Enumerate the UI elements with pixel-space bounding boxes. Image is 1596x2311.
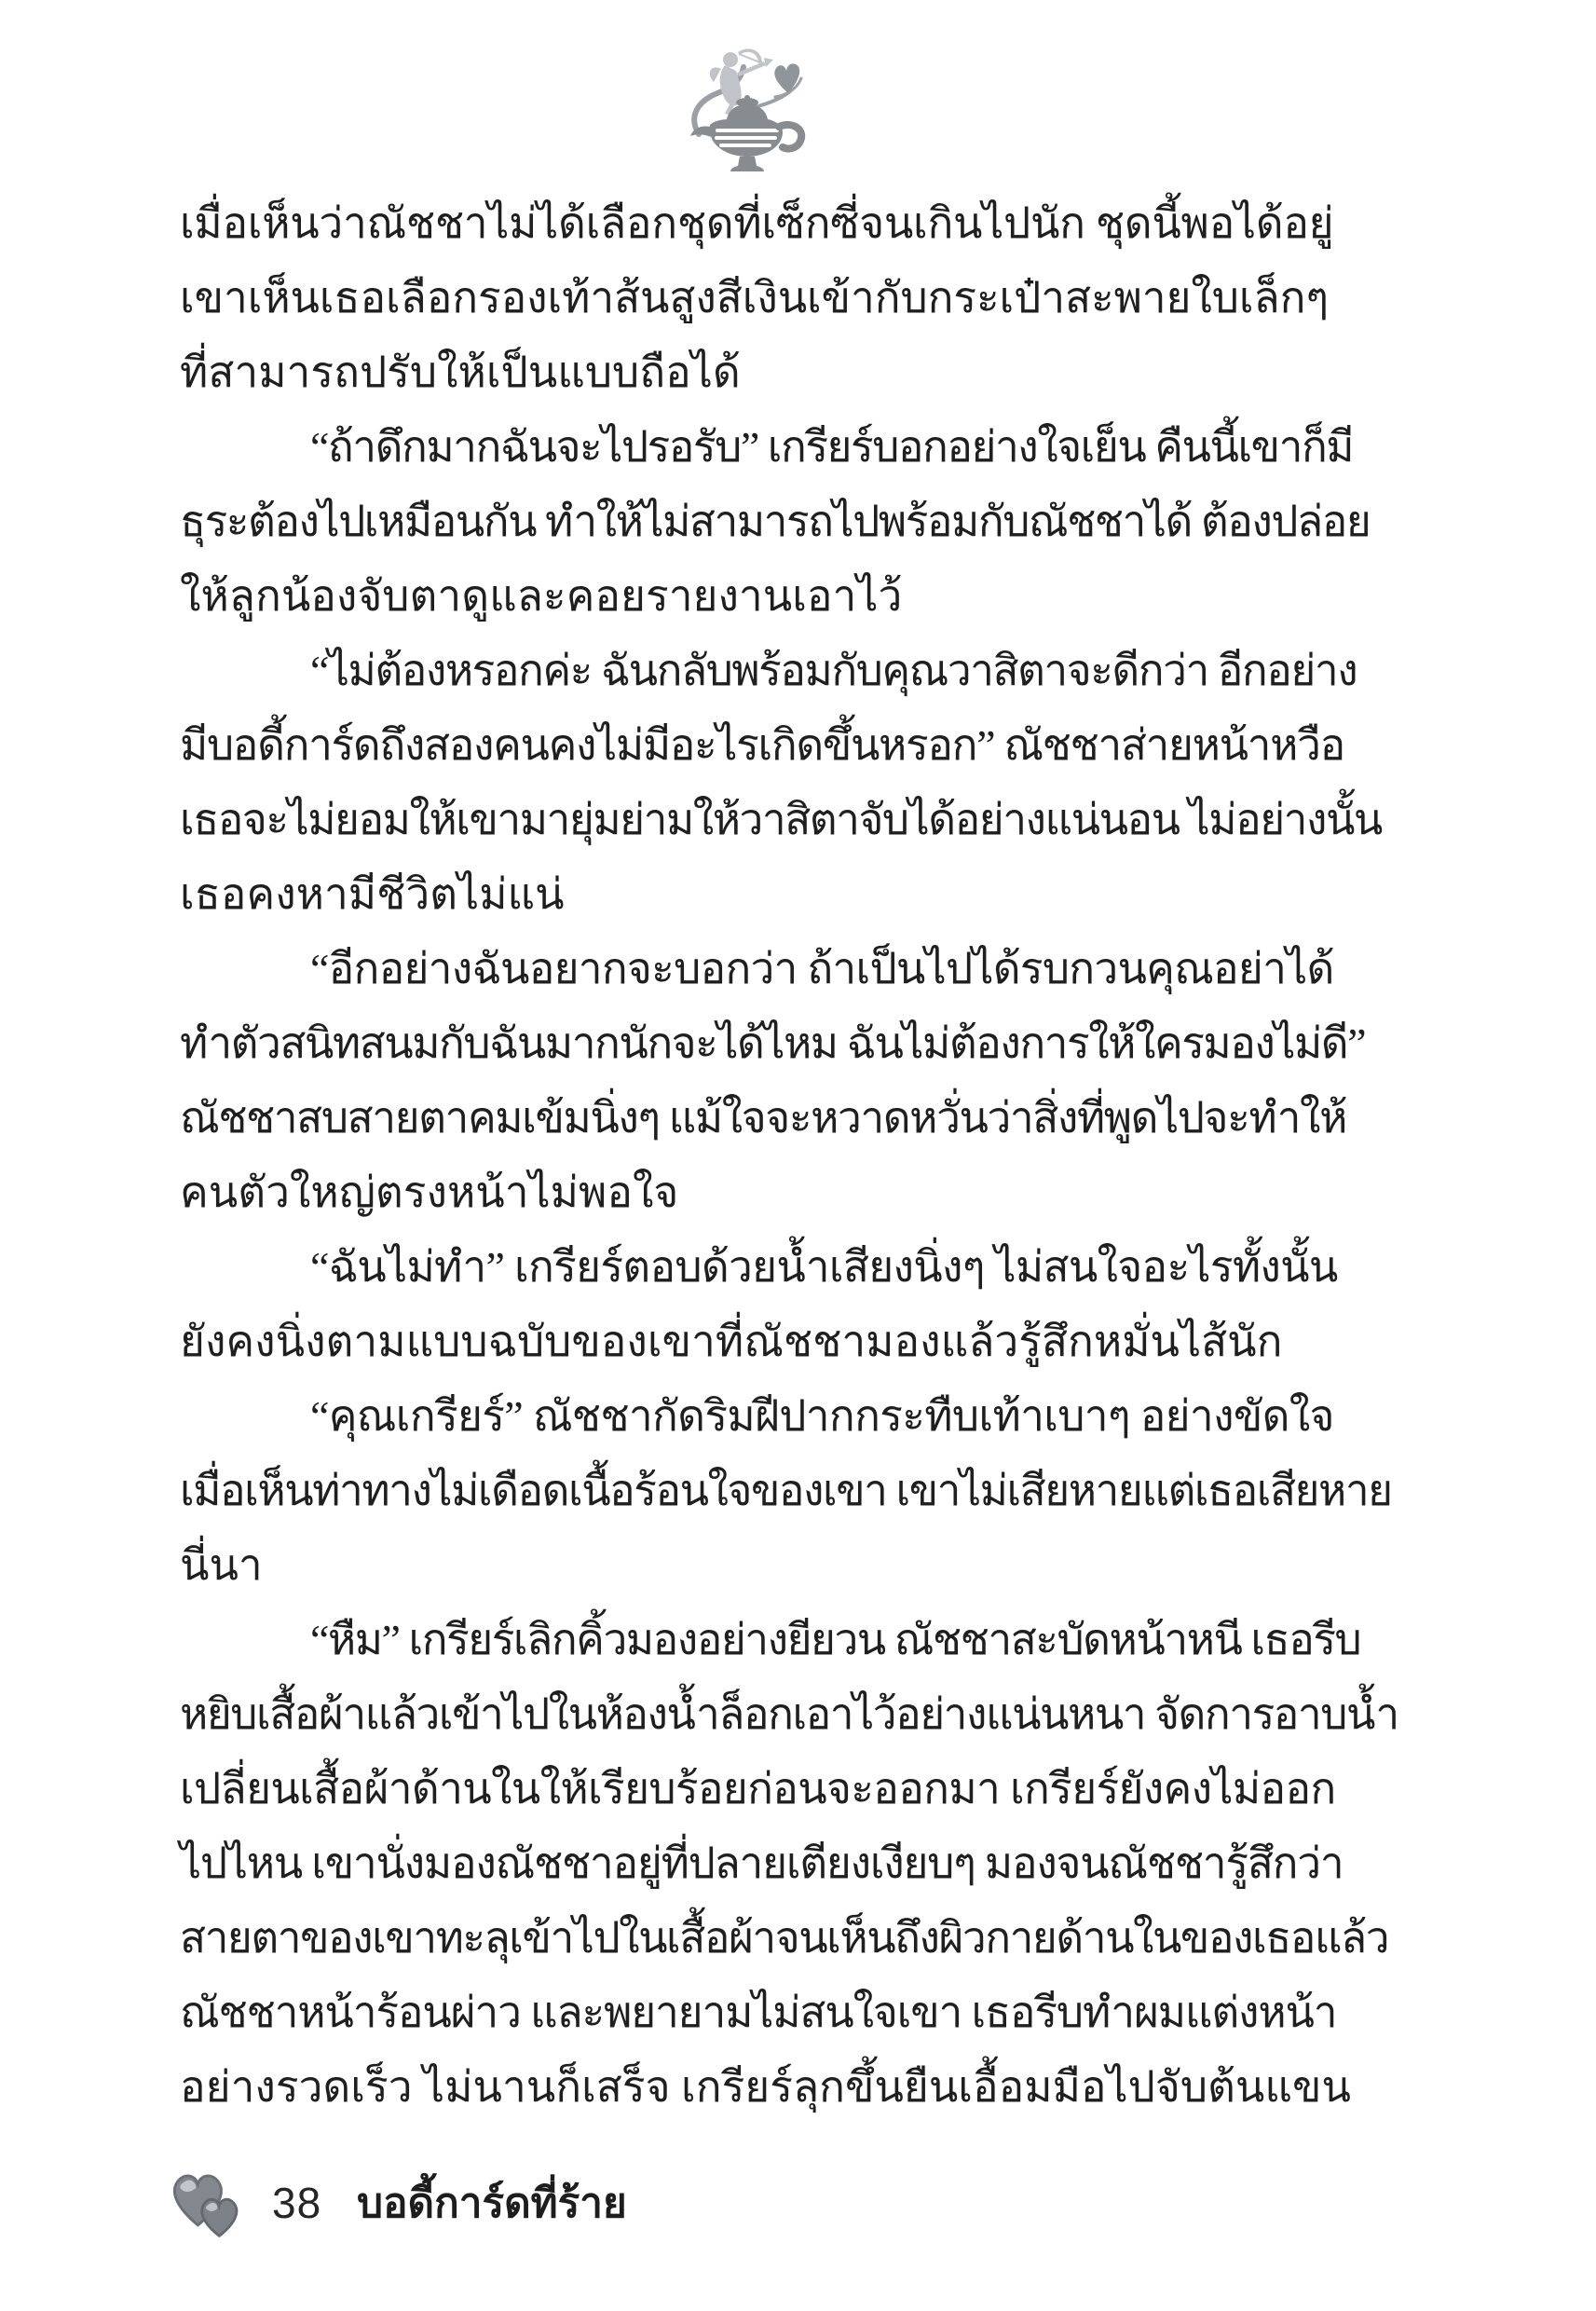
text-line: ไปไหน เขานั่งมองณัชชาอยู่ที่ปลายเตียงเงี…	[180, 1826, 1328, 1901]
book-title: บอดี้การ์ดที่ร้าย	[357, 2170, 627, 2236]
text-line-content: ทำตัวสนิทสนมกับฉันมากนักจะได้ไหม ฉันไม่ต…	[180, 1006, 1365, 1081]
text-line-content: “อีกอย่างฉันอยากจะบอกว่า ถ้าเป็นไปได้รบก…	[310, 932, 1334, 1006]
text-line: ณัชชาหน้าร้อนผ่าว และพยายามไม่สนใจเขา เธ…	[180, 1976, 1328, 2050]
page-number: 38	[272, 2178, 321, 2228]
text-line: ยังคงนิ่งตามแบบฉบับของเขาที่ณัชชามองแล้ว…	[180, 1305, 1328, 1379]
text-line-content: นี่นา	[180, 1528, 263, 1603]
text-line-content: ณัชชาหน้าร้อนผ่าว และพยายามไม่สนใจเขา เธ…	[180, 1976, 1336, 2050]
text-line-content: เขาเห็นเธอเลือกรองเท้าส้นสูงสีเงินเข้ากั…	[180, 261, 1329, 335]
text-line-content: ที่สามารถปรับให้เป็นแบบถือได้	[180, 335, 741, 410]
text-line-content: เปลี่ยนเสื้อผ้าด้านในให้เรียบร้อยก่อนจะอ…	[180, 1752, 1336, 1826]
text-line: “ฉันไม่ทำ” เกรียร์ตอบด้วยน้ำเสียงนิ่งๆ ไ…	[180, 1230, 1328, 1305]
text-line-content: มีบอดี้การ์ดถึงสองคนคงไม่มีอะไรเกิดขึ้นห…	[180, 708, 1344, 783]
text-line-content: “คุณเกรียร์” ณัชชากัดริมฝีปากกระทืบเท้าเ…	[310, 1379, 1334, 1454]
heart-icon	[774, 63, 799, 93]
text-line-content: “หืม” เกรียร์เลิกคิ้วมองอย่างยียวน ณัชชา…	[310, 1603, 1360, 1677]
body-text: เมื่อเห็นว่าณัชชาไม่ได้เลือกชุดที่เซ็กซี…	[180, 186, 1328, 2125]
text-line: เขาเห็นเธอเลือกรองเท้าส้นสูงสีเงินเข้ากั…	[180, 261, 1328, 335]
text-line: เมื่อเห็นว่าณัชชาไม่ได้เลือกชุดที่เซ็กซี…	[180, 186, 1328, 261]
ornament-svg	[686, 45, 821, 180]
book-page: เมื่อเห็นว่าณัชชาไม่ได้เลือกชุดที่เซ็กซี…	[0, 0, 1596, 2311]
text-line: หยิบเสื้อผ้าแล้วเข้าไปในห้องน้ำล็อกเอาไว…	[180, 1677, 1328, 1752]
text-line-content: ไปไหน เขานั่งมองณัชชาอยู่ที่ปลายเตียงเงี…	[180, 1826, 1343, 1901]
hearts-svg	[166, 2166, 246, 2240]
page-footer: 38 บอดี้การ์ดที่ร้าย	[166, 2164, 627, 2242]
text-line: ให้ลูกน้องจับตาดูและคอยรายงานเอาไว้	[180, 559, 1328, 634]
text-line-content: “ถ้าดึกมากฉันจะไปรอรับ” เกรียร์บอกอย่างใ…	[310, 410, 1353, 485]
text-line-content: เมื่อเห็นว่าณัชชาไม่ได้เลือกชุดที่เซ็กซี…	[180, 186, 1333, 261]
text-line-content: สายตาของเขาทะลุเข้าไปในเสื้อผ้าจนเห็นถึง…	[180, 1901, 1388, 1976]
text-line: เธอจะไม่ยอมให้เขามายุ่มย่ามให้วาสิตาจับไ…	[180, 783, 1328, 857]
text-line: เปลี่ยนเสื้อผ้าด้านในให้เรียบร้อยก่อนจะอ…	[180, 1752, 1328, 1826]
text-line-content: ให้ลูกน้องจับตาดูและคอยรายงานเอาไว้	[180, 559, 902, 634]
text-line: อย่างรวดเร็ว ไม่นานก็เสร็จ เกรียร์ลุกขึ้…	[180, 2050, 1328, 2125]
text-line: ณัชชาสบสายตาคมเข้มนิ่งๆ แม้ใจจะหวาดหวั่น…	[180, 1081, 1328, 1155]
text-line: “คุณเกรียร์” ณัชชากัดริมฝีปากกระทืบเท้าเ…	[180, 1379, 1328, 1454]
text-line-content: คนตัวใหญ่ตรงหน้าไม่พอใจ	[180, 1155, 678, 1230]
text-line: สายตาของเขาทะลุเข้าไปในเสื้อผ้าจนเห็นถึง…	[180, 1901, 1328, 1976]
text-line-content: เธอจะไม่ยอมให้เขามายุ่มย่ามให้วาสิตาจับไ…	[180, 783, 1382, 857]
text-line: ธุระต้องไปเหมือนกัน ทำให้ไม่สามารถไปพร้อ…	[180, 485, 1328, 559]
text-line-content: “ฉันไม่ทำ” เกรียร์ตอบด้วยน้ำเสียงนิ่งๆ ไ…	[310, 1230, 1338, 1305]
text-line: “อีกอย่างฉันอยากจะบอกว่า ถ้าเป็นไปได้รบก…	[180, 932, 1328, 1006]
text-line: ทำตัวสนิทสนมกับฉันมากนักจะได้ไหม ฉันไม่ต…	[180, 1006, 1328, 1081]
text-line-content: “ไม่ต้องหรอกค่ะ ฉันกลับพร้อมกับคุณวาสิตา…	[310, 634, 1357, 708]
text-line: “หืม” เกรียร์เลิกคิ้วมองอย่างยียวน ณัชชา…	[180, 1603, 1328, 1677]
text-line: “ถ้าดึกมากฉันจะไปรอรับ” เกรียร์บอกอย่างใ…	[180, 410, 1328, 485]
text-line: นี่นา	[180, 1528, 1328, 1603]
text-line: คนตัวใหญ่ตรงหน้าไม่พอใจ	[180, 1155, 1328, 1230]
text-line-content: ยังคงนิ่งตามแบบฉบับของเขาที่ณัชชามองแล้ว…	[180, 1305, 1282, 1379]
text-line-content: ธุระต้องไปเหมือนกัน ทำให้ไม่สามารถไปพร้อ…	[180, 485, 1370, 559]
text-line: เธอคงหามีชีวิตไม่แน่	[180, 857, 1328, 932]
text-line-content: เมื่อเห็นท่าทางไม่เดือดเนื้อร้อนใจของเขา…	[180, 1454, 1392, 1528]
text-line: ที่สามารถปรับให้เป็นแบบถือได้	[180, 335, 1328, 410]
hearts-icon	[166, 2166, 246, 2240]
text-line-content: อย่างรวดเร็ว ไม่นานก็เสร็จ เกรียร์ลุกขึ้…	[180, 2050, 1351, 2125]
genie-lamp-icon	[690, 95, 801, 171]
text-line: “ไม่ต้องหรอกค่ะ ฉันกลับพร้อมกับคุณวาสิตา…	[180, 634, 1328, 708]
text-line-content: หยิบเสื้อผ้าแล้วเข้าไปในห้องน้ำล็อกเอาไว…	[180, 1677, 1398, 1752]
genie-lamp-cupid-ornament	[686, 45, 821, 180]
text-line: มีบอดี้การ์ดถึงสองคนคงไม่มีอะไรเกิดขึ้นห…	[180, 708, 1328, 783]
text-line-content: ณัชชาสบสายตาคมเข้มนิ่งๆ แม้ใจจะหวาดหวั่น…	[180, 1081, 1346, 1155]
text-line-content: เธอคงหามีชีวิตไม่แน่	[180, 857, 565, 932]
text-line: เมื่อเห็นท่าทางไม่เดือดเนื้อร้อนใจของเขา…	[180, 1454, 1328, 1528]
